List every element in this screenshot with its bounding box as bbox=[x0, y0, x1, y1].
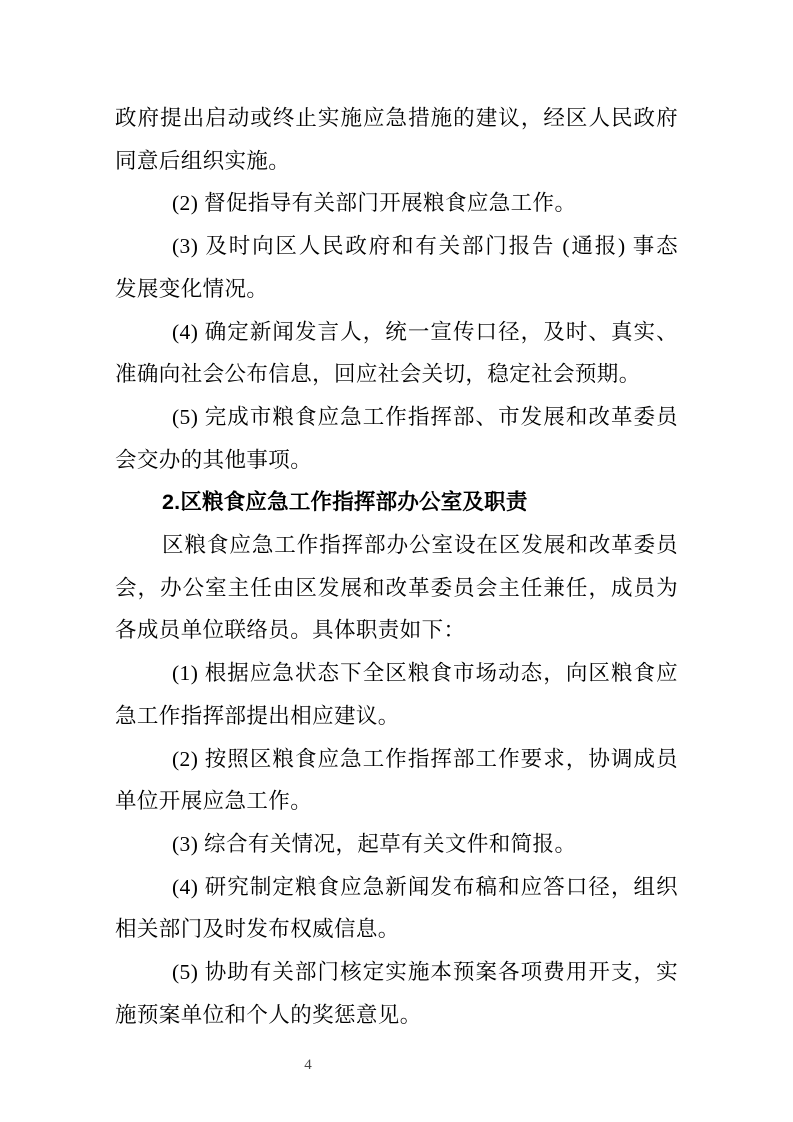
text-line: (4) 确定新闻发言人，统一宣传口径，及时、真实、 bbox=[115, 311, 678, 354]
text-line: 区粮食应急工作指挥部办公室设在区发展和改革委员 bbox=[115, 524, 678, 567]
text-line: 施预案单位和个人的奖惩意见。 bbox=[115, 994, 678, 1037]
document-page: 政府提出启动或终止实施应急措施的建议，经区人民政府同意后组织实施。(2) 督促指… bbox=[0, 0, 793, 1122]
text-line: 相关部门及时发布权威信息。 bbox=[115, 908, 678, 951]
text-line: (2) 按照区粮食应急工作指挥部工作要求，协调成员 bbox=[115, 738, 678, 781]
text-line: 会，办公室主任由区发展和改革委员会主任兼任，成员为 bbox=[115, 567, 678, 610]
text-line: (1) 根据应急状态下全区粮食市场动态，向区粮食应 bbox=[115, 652, 678, 695]
text-line: 各成员单位联络员。具体职责如下： bbox=[115, 609, 678, 652]
text-line: (2) 督促指导有关部门开展粮食应急工作。 bbox=[115, 182, 678, 225]
text-line: 发展变化情况。 bbox=[115, 268, 678, 311]
text-line: (3) 综合有关情况，起草有关文件和简报。 bbox=[115, 823, 678, 866]
text-line: 单位开展应急工作。 bbox=[115, 780, 678, 823]
page-number: 4 bbox=[296, 1055, 320, 1075]
text-line: (3) 及时向区人民政府和有关部门报告 (通报) 事态 bbox=[115, 225, 678, 268]
text-line: 政府提出启动或终止实施应急措施的建议，经区人民政府 bbox=[115, 97, 678, 140]
text-line: 准确向社会公布信息，回应社会关切，稳定社会预期。 bbox=[115, 353, 678, 396]
text-line: 急工作指挥部提出相应建议。 bbox=[115, 695, 678, 738]
text-line: (5) 协助有关部门核定实施本预案各项费用开支，实 bbox=[115, 951, 678, 994]
text-block: 政府提出启动或终止实施应急措施的建议，经区人民政府同意后组织实施。(2) 督促指… bbox=[115, 97, 678, 1036]
text-line: (5) 完成市粮食应急工作指挥部、市发展和改革委员 bbox=[115, 396, 678, 439]
section-heading: 2.区粮食应急工作指挥部办公室及职责 bbox=[115, 481, 678, 524]
text-line: 会交办的其他事项。 bbox=[115, 439, 678, 482]
text-line: (4) 研究制定粮食应急新闻发布稿和应答口径，组织 bbox=[115, 866, 678, 909]
text-line: 同意后组织实施。 bbox=[115, 140, 678, 183]
